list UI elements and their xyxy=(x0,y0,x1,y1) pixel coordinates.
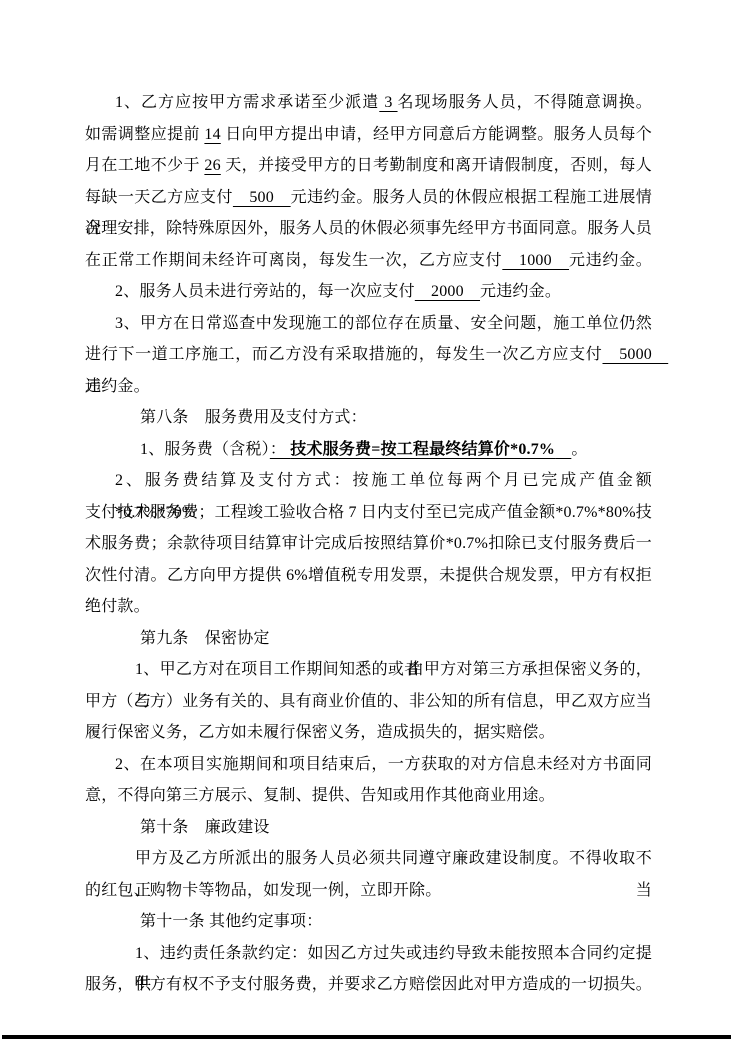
text-segment xyxy=(555,441,571,458)
text-segment: 履行保密义务，乙方如未履行保密义务，造成损失的，据实赔偿。 xyxy=(85,724,555,741)
text-segment: 如需调整应提前 xyxy=(85,126,204,143)
text-line: 2、服务费结算及支付方式：按施工单位每两个月已完成产值金额*0.7%*70% xyxy=(85,465,652,497)
text-line: 1、违约责任条款约定：如因乙方过失或违约导致未能按照本合同约定提供 xyxy=(85,938,652,970)
text-segment: 的红包、购物卡等物品，如发现一例，立即开除。 xyxy=(85,882,441,899)
text-segment: 绝付款。 xyxy=(85,598,150,615)
text-segment: 甲方（乙方）业务有关的、具有商业价值的、非公知的所有信息，甲乙双方应当 xyxy=(85,693,652,710)
text-segment: 元违约金。 xyxy=(480,283,561,300)
text-segment: 天，并接受甲方的日考勤制度和离开请假制度，否则，每人 xyxy=(221,157,652,174)
text-segment: 服务，甲方有权不予支付服务费，并要求乙方赔偿因此对甲方造成的一切损失。 xyxy=(85,976,652,993)
text-segment: 3、甲方在日常巡查中发现施工的部位存在质量、安全问题，施工单位仍然 xyxy=(115,315,652,332)
text-line: 第八条 服务费用及支付方式： xyxy=(85,402,652,434)
text-line: 绝付款。 xyxy=(85,591,652,623)
text-line: 2、在本项目实施期间和项目结束后，一方获取的对方信息未经对方书面同 xyxy=(85,749,652,781)
text-line: 进行下一道工序施工，而乙方没有采取措施的，每发生一次乙方应支付 5000 元 xyxy=(85,339,652,371)
text-line: 甲方及乙方所派出的服务人员必须共同遵守廉政建设制度。不得收取不正当 xyxy=(85,843,652,875)
text-segment: 次性付清。乙方向甲方提供 6%增值税专用发票，未提供合规发票，甲方有权拒 xyxy=(85,567,652,584)
text-line: 甲方（乙方）业务有关的、具有商业价值的、非公知的所有信息，甲乙双方应当 xyxy=(85,686,652,718)
text-segment: 在正常工作期间未经许可离岗，每发生一次，乙方应支付 xyxy=(85,252,502,269)
overlapped-character: 者 xyxy=(404,654,420,686)
text-segment: 1、甲乙方对在项目工作期间知悉的或 xyxy=(135,661,404,678)
text-segment: 每缺一天乙方应支付 xyxy=(85,189,233,206)
text-line: 支付技术服务费；工程竣工验收合格 7 日内支付至已完成产值金额*0.7%*80%… xyxy=(85,497,652,529)
text-line: 意，不得向第三方展示、复制、提供、告知或用作其他商业用途。 xyxy=(85,780,652,812)
text-segment: 。 xyxy=(571,441,587,458)
text-segment: 1、服务费（含税） xyxy=(140,441,270,458)
text-segment: 26 xyxy=(204,157,220,174)
text-segment: 500 xyxy=(233,189,291,206)
text-segment: 第八条 服务费用及支付方式： xyxy=(140,409,367,426)
text-line: 1、乙方应按甲方需求承诺至少派遣 3 名现场服务人员，不得随意调换。 xyxy=(85,87,652,119)
text-line: 1、甲乙方对在项目工作期间知悉的或者由甲方对第三方承担保密义务的，与 xyxy=(85,654,652,686)
text-segment: 2、在本项目实施期间和项目结束后，一方获取的对方信息未经对方书面同 xyxy=(115,756,652,773)
text-line: 次性付清。乙方向甲方提供 6%增值税专用发票，未提供合规发票，甲方有权拒 xyxy=(85,560,652,592)
text-segment: 进行下一道工序施工，而乙方没有采取措施的，每发生一次乙方应支付 xyxy=(85,346,603,363)
text-line: 3、甲方在日常巡查中发现施工的部位存在质量、安全问题，施工单位仍然 xyxy=(85,308,652,340)
text-segment: 意，不得向第三方展示、复制、提供、告知或用作其他商业用途。 xyxy=(85,787,555,804)
text-segment: 违约金。 xyxy=(85,378,150,395)
text-segment: 1、乙方应按甲方需求承诺至少派遣 xyxy=(115,94,379,111)
text-segment: 技术服务费=按工程最终结算价*0.7% xyxy=(290,441,555,458)
text-line: 术服务费；余款待项目结算审计完成后按照结算价*0.7%扣除已支付服务费后一 xyxy=(85,528,652,560)
text-segment: ： xyxy=(270,441,290,458)
text-line: 服务，甲方有权不予支付服务费，并要求乙方赔偿因此对甲方造成的一切损失。 xyxy=(85,969,652,1001)
text-segment: 术服务费；余款待项目结算审计完成后按照结算价*0.7%扣除已支付服务费后一 xyxy=(85,535,652,552)
text-segment: 3 xyxy=(379,94,397,111)
text-segment: 第十条 廉政建设 xyxy=(140,819,270,836)
text-line: 第十条 廉政建设 xyxy=(85,812,652,844)
text-segment: 支付技术服务费；工程竣工验收合格 7 日内支付至已完成产值金额*0.7%*80%… xyxy=(85,504,652,521)
text-line: 第十一条 其他约定事项： xyxy=(85,906,652,938)
text-segment: 1000 xyxy=(502,252,569,269)
text-segment: 第十一条 其他约定事项： xyxy=(140,913,322,930)
text-segment: 合理安排，除特殊原因外，服务人员的休假必须事先经甲方书面同意。服务人员 xyxy=(85,220,652,237)
page-bottom-edge-bar xyxy=(2,1035,731,1039)
text-line: 合理安排，除特殊原因外，服务人员的休假必须事先经甲方书面同意。服务人员 xyxy=(85,213,652,245)
text-segment: 14 xyxy=(204,126,220,143)
text-line: 月在工地不少于 26 天，并接受甲方的日考勤制度和离开请假制度，否则，每人 xyxy=(85,150,652,182)
text-segment: 2000 xyxy=(415,283,480,300)
text-line: 每缺一天乙方应支付 500 元违约金。服务人员的休假应根据工程施工进展情况 xyxy=(85,182,652,214)
text-segment: 5000 xyxy=(603,346,669,363)
text-segment: 元违约金。 xyxy=(569,252,652,269)
text-line: 在正常工作期间未经许可离岗，每发生一次，乙方应支付 1000 元违约金。 xyxy=(85,245,652,277)
text-line: 违约金。 xyxy=(85,371,652,403)
text-line: 第九条 保密协定 xyxy=(85,623,652,655)
text-line: 履行保密义务，乙方如未履行保密义务，造成损失的，据实赔偿。 xyxy=(85,717,652,749)
text-segment: 2、服务人员未进行旁站的，每一次应支付 xyxy=(115,283,415,300)
text-line: 2、服务人员未进行旁站的，每一次应支付 2000 元违约金。 xyxy=(85,276,652,308)
document-page: 1、乙方应按甲方需求承诺至少派遣 3 名现场服务人员，不得随意调换。如需调整应提… xyxy=(0,0,736,1045)
document-text-block: 1、乙方应按甲方需求承诺至少派遣 3 名现场服务人员，不得随意调换。如需调整应提… xyxy=(85,87,652,1001)
text-line: 如需调整应提前 14 日向甲方提出申请，经甲方同意后方能调整。服务人员每个 xyxy=(85,119,652,151)
text-segment: 名现场服务人员，不得随意调换。 xyxy=(398,94,652,111)
text-line: 1、服务费（含税）： 技术服务费=按工程最终结算价*0.7% 。 xyxy=(85,434,652,466)
text-segment: 日向甲方提出申请，经甲方同意后方能调整。服务人员每个 xyxy=(221,126,652,143)
text-segment: 第九条 保密协定 xyxy=(140,630,270,647)
text-segment: 月在工地不少于 xyxy=(85,157,204,174)
